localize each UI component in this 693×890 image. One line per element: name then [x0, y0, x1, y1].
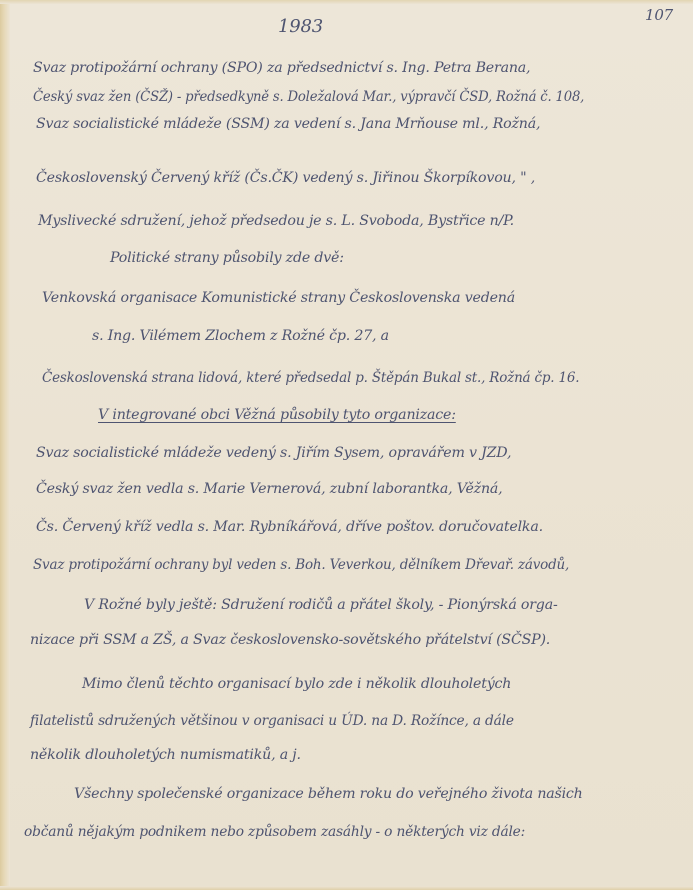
text-line: občanů nějakým podnikem nebo způsobem za… [24, 824, 525, 840]
text-line: Český svaz žen vedla s. Marie Vernerová,… [36, 481, 502, 497]
text-line: Český svaz žen (ČSŽ) - předsedkyně s. Do… [33, 89, 584, 105]
text-line: V Rožné byly ještě: Sdružení rodičů a př… [84, 597, 558, 613]
text-line: nizace při SSM a ZŠ, a Svaz českoslovens… [30, 632, 550, 648]
text-line: Svaz socialistické mládeže vedený s. Jiř… [36, 445, 511, 461]
text-line: Československý Červený kříž (Čs.ČK) vede… [36, 170, 535, 186]
text-line: Venkovská organisace Komunistické strany… [42, 290, 515, 306]
text-line: Myslivecké sdružení, jehož předsedou je … [38, 213, 514, 229]
text-line: Svaz socialistické mládeže (SSM) za vede… [36, 116, 540, 132]
page-binding-edge [0, 0, 10, 890]
text-line: Čs. Červený kříž vedla s. Mar. Rybníkářo… [36, 519, 543, 535]
text-line: s. Ing. Vilémem Zlochem z Rožné čp. 27, … [92, 328, 389, 344]
year-heading: 1983 [278, 16, 323, 37]
text-line: několik dlouholetých numismatiků, a j. [30, 747, 301, 763]
text-line: Politické strany působily zde dvě: [110, 250, 344, 266]
section-heading-vezna: V integrované obci Věžná působily tyto o… [98, 407, 456, 423]
handwritten-chronicle-page: 1983 107 Svaz protipožární ochrany (SPO)… [0, 0, 693, 890]
page-top-edge [0, 0, 693, 4]
page-number: 107 [645, 6, 673, 24]
text-line: Československá strana lidová, které před… [42, 370, 579, 386]
text-line: Svaz protipožární ochrany byl veden s. B… [33, 557, 569, 573]
text-line: Všechny společenské organizace během rok… [74, 786, 583, 802]
text-line: Svaz protipožární ochrany (SPO) za předs… [33, 60, 603, 76]
page-bottom-edge [0, 886, 693, 890]
text-line: filatelistů sdružených většinou v organi… [30, 713, 514, 729]
text-line: Mimo členů těchto organisací bylo zde i … [82, 676, 511, 692]
